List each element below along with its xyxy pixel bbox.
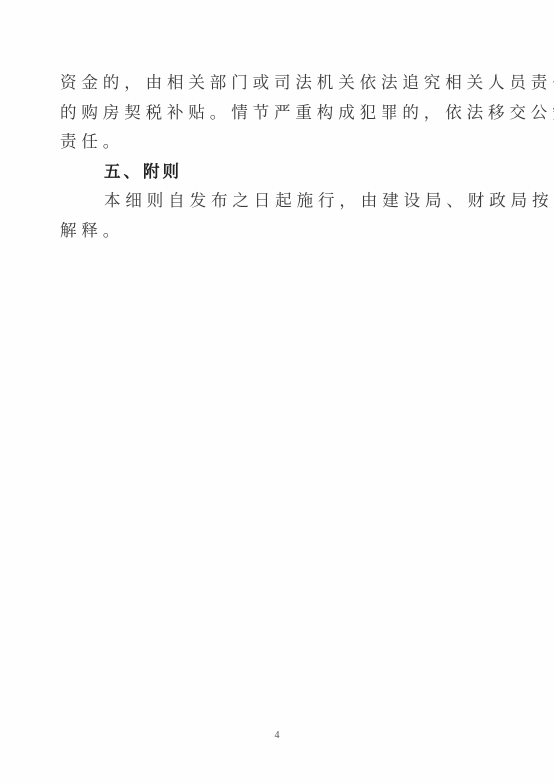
section-heading-supplementary: 五、附则: [60, 157, 505, 187]
paragraph-effective-date: 本细则自发布之日起施行，由建设局、财政局按照部门职责负责 解释。: [60, 186, 505, 245]
text-line: 的购房契税补贴。情节严重构成犯罪的，依法移交公安机关追究刑事: [60, 98, 505, 128]
text-line: 资金的，由相关部门或司法机关依法追究相关人员责任，追缴已领取: [60, 68, 505, 98]
section-heading: 五、附则: [60, 157, 505, 187]
document-body: 资金的，由相关部门或司法机关依法追究相关人员责任，追缴已领取 的购房契税补贴。情…: [60, 68, 505, 245]
text-line: 责任。: [60, 127, 505, 157]
paragraph-liability: 资金的，由相关部门或司法机关依法追究相关人员责任，追缴已领取 的购房契税补贴。情…: [60, 68, 505, 157]
page-number: 4: [0, 730, 554, 741]
text-line: 解释。: [60, 216, 505, 246]
text-line: 本细则自发布之日起施行，由建设局、财政局按照部门职责负责: [60, 186, 505, 216]
document-page: 资金的，由相关部门或司法机关依法追究相关人员责任，追缴已领取 的购房契税补贴。情…: [0, 0, 554, 784]
